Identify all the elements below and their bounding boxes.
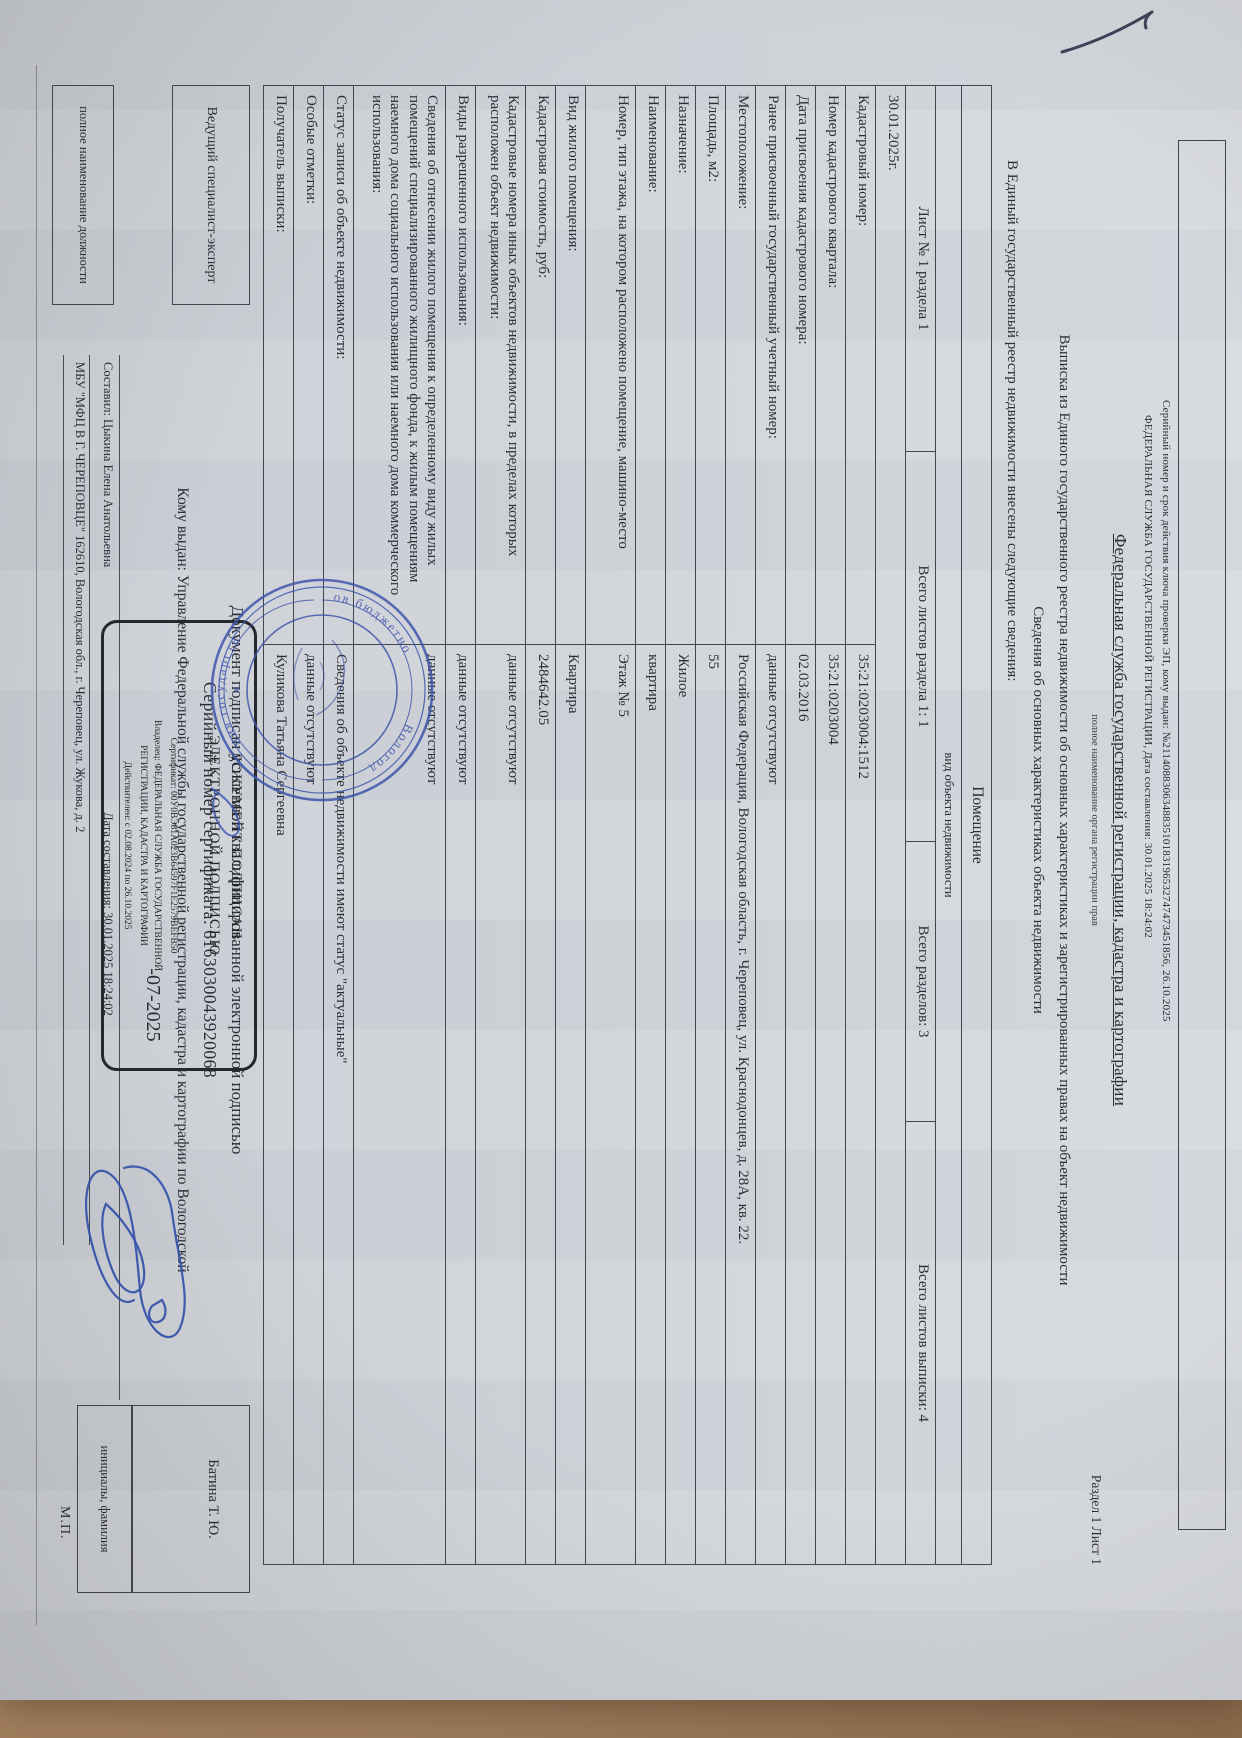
row-label: Особые отметки: [294,86,323,644]
office-line: МБУ "МФЦ В Г. ЧЕРЕПОВЦЕ" 162610, Вологод… [72,362,87,832]
table-row: Номер кадастрового квартала:35:21:020300… [815,86,845,1564]
compiled-by: Составил: Цыкина Елена Анатольевна [100,362,115,567]
row-value: данные отсутствуют [756,644,785,1564]
table-row: Получатель выписки:Куликова Татьяна Серг… [263,86,293,1564]
sheet-cell: Всего разделов: 3 [906,841,935,1121]
table-row: Вид жилого помещения:Квартира [555,86,585,1564]
row-label: Кадастровая стоимость, руб: [526,86,555,644]
row-label: Сведения об отнесении жилого помещения к… [354,86,445,644]
table-row: Особые отметки:данные отсутствуют [293,86,323,1564]
ink-scribble [202,780,247,850]
org-name-caption: полное наименование органа регистрации п… [1089,0,1100,1640]
signature-serial-line: Серийный номер и срок действия ключа про… [1160,400,1172,1550]
row-value: данные отсутствуют [446,644,475,1564]
row-label: Вид жилого помещения: [556,86,585,644]
intro-line: В Единый государственный реестр недвижим… [1003,160,1020,681]
cadastral-number-row: Кадастровый номер: 35:21:0203004:1512 [845,86,875,1564]
row-value: данные отсутствуют [476,644,525,1564]
row-label: Виды разрешенного использования: [446,86,475,644]
row-label: Назначение: [666,86,695,644]
org-name: Федеральная служба государственной регис… [1110,0,1130,1640]
row-label: Номер кадастрового квартала: [816,86,845,644]
table-row: Местоположение:Российская Федерация, Вол… [725,86,755,1564]
section-sheet-label: Раздел 1 Лист 1 [1088,1475,1104,1565]
document-subtitle: Сведения об основных характеристиках объ… [1029,60,1046,1560]
signature-rule [63,355,64,1245]
top-frame-box [1178,140,1226,1530]
position-caption-cell: полное наименование должности [52,85,114,305]
signature-rule [89,355,90,1245]
row-value: Российская Федерация, Вологодская област… [726,644,755,1564]
stamp-certificate: Сертификат: 00У0ВЭ81А023В64597F1E2579BEF… [168,623,178,1068]
row-label: Получатель выписки: [264,86,293,644]
row-label: Номер, тип этажа, на котором расположено… [586,86,635,644]
table-row: Дата присвоения кадастрового номера:02.0… [785,86,815,1564]
table-row: Площадь, м2:55 [695,86,725,1564]
attribute-rows: Номер кадастрового квартала:35:21:020300… [263,86,845,1564]
stamp-owner2: РЕГИСТРАЦИИ, КАДАСТРА И КАРТОГРАФИИ [138,623,148,1068]
row-value: Этаж № 5 [586,644,635,1564]
pen-mark [1052,0,1162,90]
table-row: Номер, тип этажа, на котором расположено… [585,86,635,1564]
row-value: 35:21:0203004:1512 [846,644,875,1564]
document-title: Выписка из Единого государственного реес… [1055,60,1072,1560]
row-value: 2484642.05 [526,644,555,1564]
row-value: 02.03.2016 [786,644,815,1564]
table-row: Кадастровые номера иных объектов недвижи… [475,86,525,1564]
object-type: Помещение [963,777,990,873]
row-label: Местоположение: [726,86,755,644]
sheet-info-row: Лист № 1 раздела 1 Всего листов раздела … [905,86,935,1564]
table-row: Кадастровая стоимость, руб:2484642.05 [525,86,555,1564]
row-label: Ранее присвоенный государственный учетны… [756,86,785,644]
row-label: Наименование: [636,86,665,644]
table-row: Сведения об отнесении жилого помещения к… [353,86,445,1564]
row-value: 55 [696,644,725,1564]
stamp-valid: Действителен: с 02.08.2024 по 26.10.2025 [122,623,132,1068]
date-row: 30.01.2025г. [875,86,905,1564]
table-row: Назначение:Жилое [665,86,695,1564]
row-label: Статус записи об объекте недвижимости: [324,86,353,644]
table-row: Ранее присвоенный государственный учетны… [755,86,785,1564]
object-table: Помещение вид объекта недвижимости Лист … [263,85,992,1565]
row-label: Кадастровый номер: [846,86,875,644]
row-value: Жилое [666,644,695,1564]
handwritten-signature [52,1150,202,1380]
stamp-owner1: Владелец: ФЕДЕРАЛЬНАЯ СЛУЖБА ГОСУДАРСТВЕ… [152,623,162,1068]
row-value: 35:21:0203004 [816,644,845,1564]
document-page: Серийный номер и срок действия ключа про… [0,0,1242,1700]
object-type-caption: вид объекта недвижимости [939,743,958,906]
table-row: Статус записи об объекте недвижимости:Св… [323,86,353,1564]
stamp-arc-text: ов бюджетно [333,589,416,657]
signer-caption-cell: инициалы, фамилия [77,1405,132,1593]
table-row: Наименование:квартира [635,86,665,1564]
sheet-cell: Лист № 1 раздела 1 [906,86,935,451]
round-stamp: ов бюджетно Вологод ния государств * [202,570,442,810]
stamp-arc-text: Вологод [366,722,417,778]
row-label: Площадь, м2: [696,86,725,644]
row-value: Квартира [556,644,585,1564]
page-bottom-line [36,65,37,1625]
position-title-cell: Ведущий специалист-эксперт [172,85,250,305]
org-caps-line: ФЕДЕРАЛЬНАЯ СЛУЖБА ГОСУДАРСТВЕННОЙ РЕГИС… [1142,415,1154,1565]
table-row: Виды разрешенного использования:данные о… [445,86,475,1564]
sheet-cell: Всего листов выписки: 4 [906,1121,935,1564]
stamp-asterisk: * [226,686,242,696]
object-type-row: Помещение [961,86,991,1564]
row-label: Кадастровые номера иных объектов недвижи… [476,86,525,644]
date-value: 30.01.2025г. [876,86,905,180]
object-type-caption-row: вид объекта недвижимости [935,86,961,1564]
row-value: квартира [636,644,665,1564]
sheet-cell: Всего листов раздела 1: 1 [906,451,935,841]
mp-label: М.П. [56,1506,72,1540]
row-label: Дата присвоения кадастрового номера: [786,86,815,644]
